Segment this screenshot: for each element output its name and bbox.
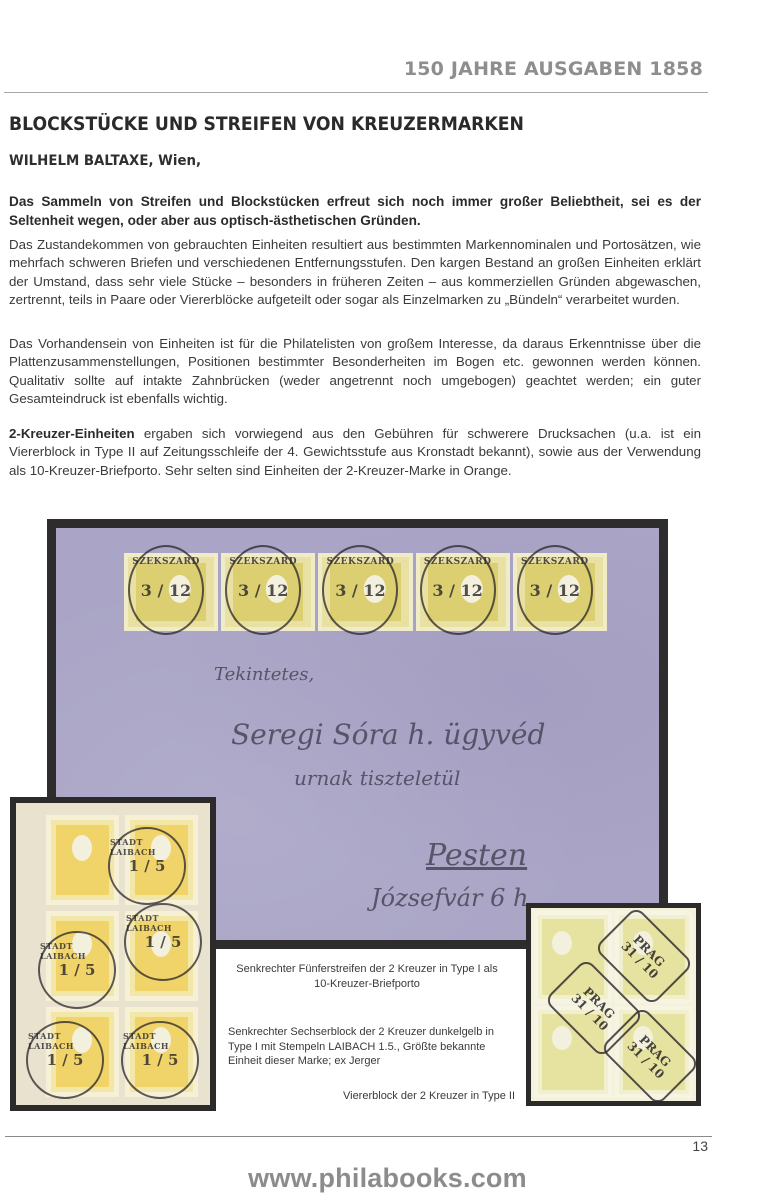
postmark: SZEKSZARD3 / 12 — [225, 545, 301, 635]
prag-piece: PRAG31 / 10 PRAG31 / 10 PRAG31 / 10 — [531, 908, 696, 1101]
article-author: WILHELM BALTAXE, Wien, — [9, 153, 201, 169]
postmark: STADT LAIBACH1 / 5 — [124, 903, 202, 981]
caption-prag-block: Viererblock der 2 Kreuzer in Type II — [228, 1089, 515, 1104]
caption-cover: Senkrechter Fünferstreifen der 2 Kreuzer… — [236, 962, 498, 991]
stamp: SZEKSZARD3 / 12 — [221, 553, 315, 631]
stamp: SZEKSZARD3 / 12 — [416, 553, 510, 631]
footer-rule — [5, 1136, 712, 1137]
prag-block-photo: PRAG31 / 10 PRAG31 / 10 PRAG31 / 10 — [526, 903, 701, 1106]
lead-paragraph: Das Sammeln von Streifen und Blockstücke… — [9, 193, 701, 230]
postmark: SZEKSZARD3 / 12 — [128, 545, 204, 635]
stamp: SZEKSZARD3 / 12 — [318, 553, 412, 631]
body-paragraph-1: Das Zustandekommen von gebrauchten Einhe… — [9, 236, 701, 309]
handwriting-line: Seregi Sóra h. ügyvéd — [231, 718, 545, 751]
footer-website-link[interactable]: www.philabooks.com — [0, 1163, 775, 1194]
body-paragraph-2: Das Vorhandensein von Einheiten ist für … — [9, 335, 701, 408]
page-number: 13 — [600, 1138, 708, 1154]
stamp: SZEKSZARD3 / 12 — [513, 553, 607, 631]
handwriting-line: Józsefvár 6 h. — [371, 884, 536, 912]
handwriting-line: urnak tiszteletül — [294, 766, 460, 790]
article-title: BLOCKSTÜCKE UND STREIFEN VON KREUZERMARK… — [9, 114, 524, 135]
caption-laibach-block: Senkrechter Sechserblock der 2 Kreuzer d… — [228, 1025, 518, 1069]
postmark: STADT LAIBACH1 / 5 — [38, 931, 116, 1009]
paragraph-3-bold-term: 2-Kreuzer-Einheiten — [9, 426, 135, 441]
postmark: STADT LAIBACH1 / 5 — [121, 1021, 199, 1099]
header-rule — [4, 92, 708, 93]
laibach-block-photo: STADT LAIBACH1 / 5 STADT LAIBACH1 / 5 ST… — [10, 797, 216, 1111]
postmark: STADT LAIBACH1 / 5 — [26, 1021, 104, 1099]
body-paragraph-3: 2-Kreuzer-Einheiten ergaben sich vorwieg… — [9, 425, 701, 480]
handwriting-line: Tekintetes, — [214, 664, 314, 685]
running-head: 150 JAHRE AUSGABEN 1858 — [0, 58, 703, 80]
postmark: SZEKSZARD3 / 12 — [322, 545, 398, 635]
stamp: SZEKSZARD3 / 12 — [124, 553, 218, 631]
handwriting-line: Pesten — [426, 838, 527, 873]
stamp-strip-of-five: SZEKSZARD3 / 12 SZEKSZARD3 / 12 SZEKSZAR… — [124, 553, 607, 631]
postmark: SZEKSZARD3 / 12 — [517, 545, 593, 635]
postmark: STADT LAIBACH1 / 5 — [108, 827, 186, 905]
postmark: SZEKSZARD3 / 12 — [420, 545, 496, 635]
laibach-piece: STADT LAIBACH1 / 5 STADT LAIBACH1 / 5 ST… — [16, 803, 210, 1105]
